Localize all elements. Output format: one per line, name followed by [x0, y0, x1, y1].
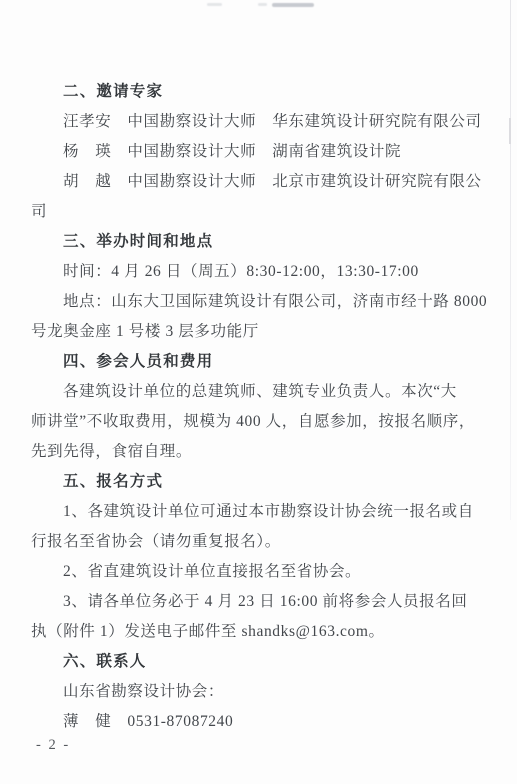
scan-artifact-smudge — [258, 3, 267, 6]
registration-item-3: 3、请各单位务必于 4 月 23 日 16:00 前将参会人员报名回 — [31, 587, 465, 617]
scanned-document-page: 二、邀请专家 汪孝安 中国勘察设计大师 华东建筑设计研究院有限公司 杨 瑛 中国… — [0, 0, 517, 784]
scan-artifact-edge-line — [510, 0, 511, 520]
heading-time-and-venue: 三、举办时间和地点 — [31, 227, 465, 257]
attendees-text-line-3: 先到先得，食宿自理。 — [31, 437, 465, 467]
registration-item-2: 2、省直建筑设计单位直接报名至省协会。 — [31, 557, 465, 587]
time-line: 时间：4 月 26 日（周五）8:30-12:00，13:30-17:00 — [31, 257, 465, 287]
venue-line-continuation: 号龙奥金座 1 号楼 3 层多功能厅 — [31, 317, 465, 347]
venue-line: 地点：山东大卫国际建筑设计有限公司，济南市经十路 8000 — [31, 287, 465, 317]
contact-person-phone: 薄 健 0531-87087240 — [31, 707, 465, 737]
registration-item-1-cont: 行报名至省协会（请勿重复报名）。 — [31, 527, 465, 557]
heading-invited-experts: 二、邀请专家 — [31, 77, 465, 107]
page-number: - 2 - — [36, 737, 70, 754]
attendees-text-line-2: 师讲堂”不收取费用，规模为 400 人，自愿参加，按报名顺序， — [31, 407, 465, 437]
expert-line-wang-xiaoan: 汪孝安 中国勘察设计大师 华东建筑设计研究院有限公司 — [31, 107, 465, 137]
expert-line-hu-yue: 胡 越 中国勘察设计大师 北京市建筑设计研究院有限公 — [31, 167, 465, 197]
contact-organization: 山东省勘察设计协会： — [31, 677, 465, 707]
heading-attendees-and-fees: 四、参会人员和费用 — [31, 347, 465, 377]
heading-registration-method: 五、报名方式 — [31, 467, 465, 497]
expert-line-continuation: 司 — [31, 197, 465, 227]
scan-artifact-smudge — [272, 3, 314, 7]
document-body: 二、邀请专家 汪孝安 中国勘察设计大师 华东建筑设计研究院有限公司 杨 瑛 中国… — [31, 77, 465, 737]
scan-artifact-smudge — [207, 3, 222, 6]
registration-item-1: 1、各建筑设计单位可通过本市勘察设计协会统一报名或自 — [31, 497, 465, 527]
registration-item-3-cont: 执（附件 1）发送电子邮件至 shandks@163.com。 — [31, 617, 465, 647]
attendees-text-line-1: 各建筑设计单位的总建筑师、建筑专业负责人。本次“大 — [31, 377, 465, 407]
heading-contacts: 六、联系人 — [31, 647, 465, 677]
expert-line-yang-ying: 杨 瑛 中国勘察设计大师 湖南省建筑设计院 — [31, 137, 465, 167]
scan-artifact-edge-notch — [509, 118, 511, 144]
